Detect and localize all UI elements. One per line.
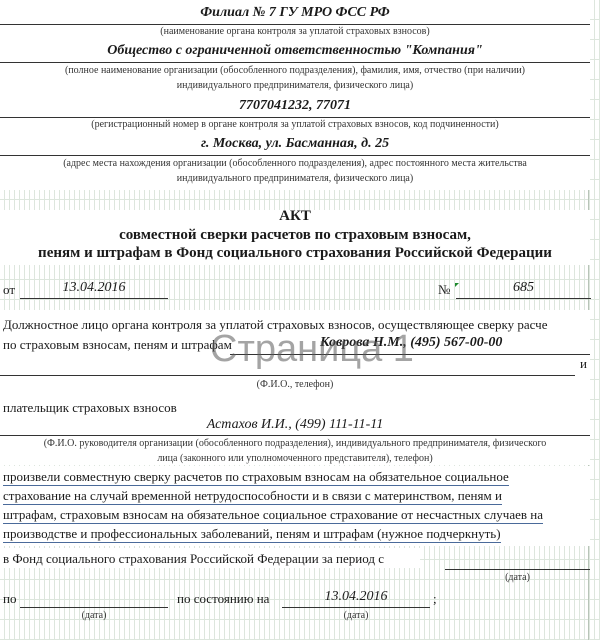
period-to-field[interactable] <box>20 589 168 607</box>
body-line-2: страхование на случай временной нетрудос… <box>3 488 502 505</box>
body-line-3: штрафам, страховым взносам на обязательн… <box>3 507 543 524</box>
act-subtitle-2: пеням и штрафам в Фонд социального страх… <box>0 245 590 262</box>
address[interactable]: г. Москва, ул. Басманная, д. 25 <box>0 136 590 152</box>
underline <box>20 298 168 299</box>
period-from-field[interactable] <box>445 550 590 568</box>
underline <box>445 569 590 570</box>
official-block: Должностное лицо органа контроля за упла… <box>0 310 590 425</box>
underline <box>230 354 590 355</box>
fio-phone-hint: (Ф.И.О., телефон) <box>0 378 590 392</box>
body-block: произвели совместную сверку расчетов по … <box>0 466 590 546</box>
underline <box>282 607 430 608</box>
payer-name-hint-2: индивидуального предпринимателя, физичес… <box>0 79 590 93</box>
reg-number-hint: (регистрационный номер в органе контроля… <box>0 118 590 132</box>
head-block: Астахов И.И., (499) 111-11-11 (Ф.И.О. ру… <box>0 425 590 465</box>
period-label: в Фонд социального страхования Российско… <box>3 551 384 567</box>
head-hint-2: лица (законного или уполномоченного пред… <box>0 452 590 466</box>
period-to-label: по <box>3 591 16 607</box>
act-title: АКТ <box>0 208 590 225</box>
body-line-4: производстве и профессиональных заболева… <box>3 526 501 543</box>
payer-name[interactable]: Общество с ограниченной ответственностью… <box>0 43 590 59</box>
as-of-hint: (дата) <box>282 609 430 623</box>
title-block: АКТ совместной сверки расчетов по страхо… <box>0 210 590 265</box>
official-text-1: Должностное лицо органа контроля за упла… <box>3 317 547 333</box>
official-text-2: по страховым взносам, пеням и штрафам <box>3 337 232 353</box>
as-of-field[interactable]: 13.04.2016 <box>282 589 430 605</box>
head-field[interactable]: Астахов И.И., (499) 111-11-11 <box>0 417 590 433</box>
number-field[interactable]: 685 <box>456 280 591 296</box>
date-field[interactable]: 13.04.2016 <box>20 280 168 296</box>
payer-label: плательщик страховых взносов <box>3 400 177 416</box>
underline <box>0 155 590 156</box>
underline <box>0 435 590 436</box>
date-label: от <box>3 282 15 298</box>
payer-name-hint-1: (полное наименование организации (обособ… <box>0 64 590 78</box>
and-label: и <box>580 356 587 372</box>
number-label: № <box>438 282 450 298</box>
underline <box>20 607 168 608</box>
period-from-hint: (дата) <box>445 571 590 585</box>
underline <box>0 375 575 376</box>
period-to-hint: (дата) <box>20 609 168 623</box>
official-field[interactable]: Коврова Н.М., (495) 567-00-00 <box>320 335 502 351</box>
header-block: Филиал № 7 ГУ МРО ФСС РФ (наименование о… <box>0 0 590 190</box>
as-of-label: по состоянию на <box>177 591 269 607</box>
head-hint-1: (Ф.И.О. руководителя организации (обособ… <box>0 437 590 451</box>
org-control-name[interactable]: Филиал № 7 ГУ МРО ФСС РФ <box>0 5 590 21</box>
body-line-1: произвели совместную сверку расчетов по … <box>3 469 509 486</box>
reg-number[interactable]: 7707041232, 77071 <box>0 98 590 114</box>
semicolon: ; <box>433 591 437 607</box>
address-hint-1: (адрес места нахождения организации (обо… <box>0 157 590 171</box>
underline <box>456 298 591 299</box>
org-control-hint: (наименование органа контроля за уплатой… <box>0 25 590 39</box>
act-subtitle-1: совместной сверки расчетов по страховым … <box>0 227 590 244</box>
address-hint-2: индивидуального предпринимателя, физичес… <box>0 172 590 186</box>
underline <box>0 62 590 63</box>
